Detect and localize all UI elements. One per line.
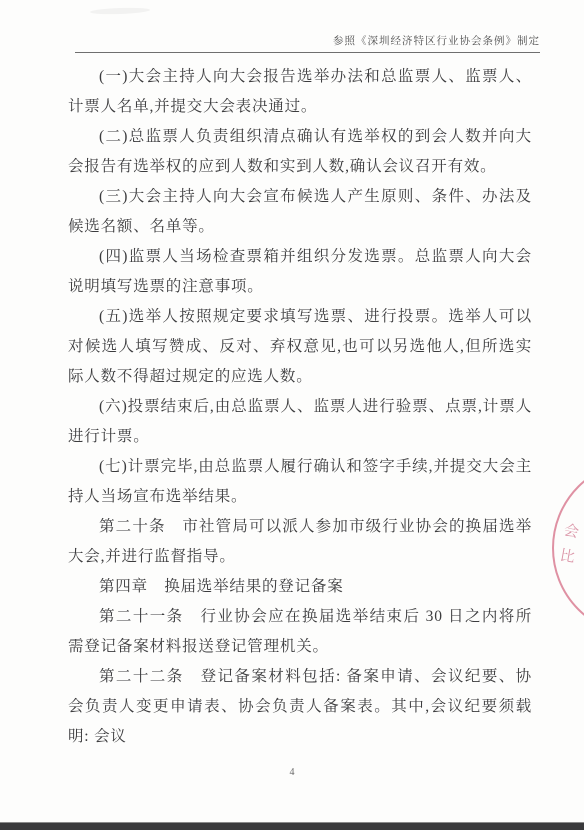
article-21-paragraph: 第二十一条 行业协会应在换届选举结束后 30 日之内将所需登记备案材料报送登记管… [68,602,532,662]
scanner-edge-bar [0,822,584,830]
paragraph-item-6: (六)投票结束后,由总监票人、监票人进行验票、点票,计票人进行计票。 [68,392,532,452]
page-number: 4 [0,767,584,778]
paragraph-item-2: (二)总监票人负责组织清点确认有选举权的到会人数并向大会报告有选举权的应到人数和… [68,122,532,182]
paragraph-item-5: (五)选举人按照规定要求填写选票、进行投票。选举人可以对候选人填写赞成、反对、弃… [68,302,532,392]
paragraph-item-7: (七)计票完毕,由总监票人履行确认和签字手续,并提交大会主持人当场宣布选举结果。 [68,452,532,512]
paragraph-item-4: (四)监票人当场检查票箱并组织分发选票。总监票人向大会说明填写选票的注意事项。 [68,242,532,302]
paragraph-item-3: (三)大会主持人向大会宣布候选人产生原则、条件、办法及候选名额、名单等。 [68,182,532,242]
scanned-document-page: 参照《深圳经济特区行业协会条例》制定 (一)大会主持人向大会报告选举办法和总监票… [0,0,584,830]
document-body: (一)大会主持人向大会报告选举办法和总监票人、监票人、计票人名单,并提交大会表决… [68,62,532,752]
paragraph-item-1: (一)大会主持人向大会报告选举办法和总监票人、监票人、计票人名单,并提交大会表决… [68,62,532,122]
page-header-note: 参照《深圳经济特区行业协会条例》制定 [333,33,540,48]
article-20-paragraph: 第二十条 市社管局可以派人参加市级行业协会的换届选举大会,并进行监督指导。 [68,512,532,572]
header-divider-line [75,52,540,53]
article-22-paragraph: 第二十二条 登记备案材料包括: 备案申请、会议纪要、协会负责人变更申请表、协会负… [68,662,532,752]
chapter-4-heading: 第四章 换届选举结果的登记备案 [68,572,532,602]
